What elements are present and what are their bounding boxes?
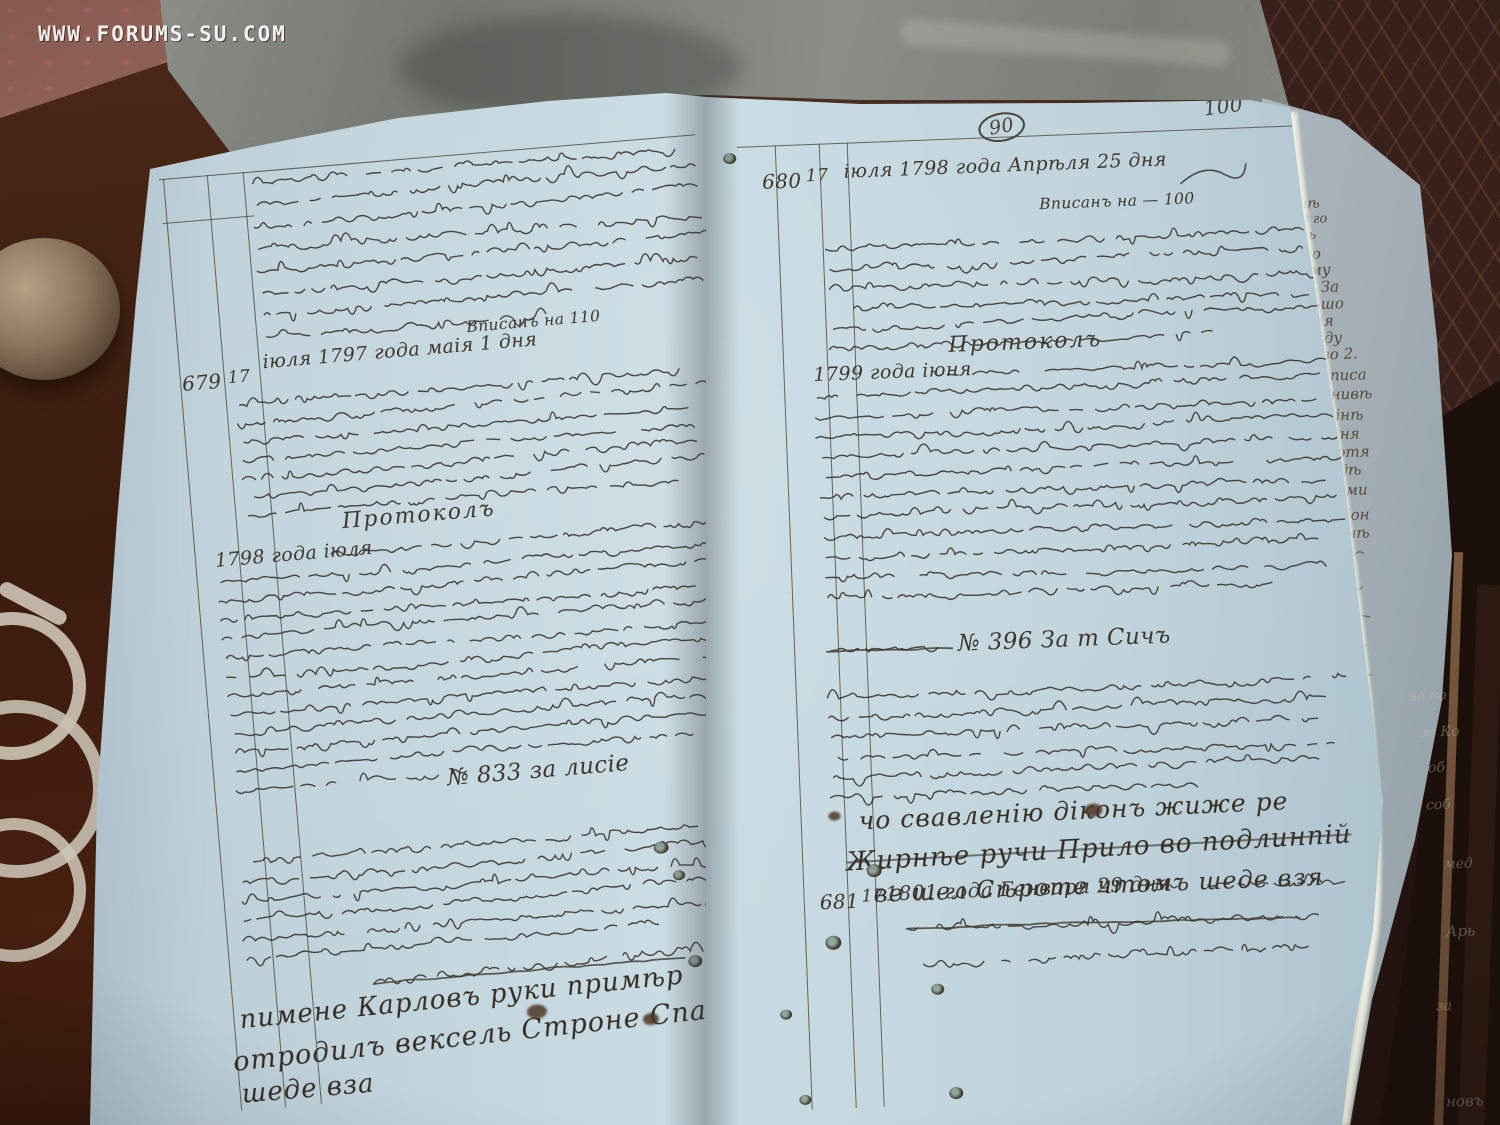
entry-filing-code: 17 [861, 886, 884, 907]
entry-number: 680 [762, 168, 802, 193]
wormhole [780, 1009, 792, 1019]
handwriting-struck-line [902, 904, 1335, 945]
ruled-line-margin [163, 215, 255, 224]
photo-of-manuscript-book: инѣ нд го вѣ и со мму Е За сѣшо нія Еду … [0, 0, 1500, 1125]
wormhole [949, 1087, 963, 1100]
entry-filing-code: 17 [806, 165, 829, 186]
forum-watermark: WWW.FORUMS-SU.COM [38, 22, 287, 46]
handwriting-struck-line [822, 639, 955, 668]
page-number-circled: 90 [976, 109, 1027, 146]
ink-blot [828, 811, 840, 820]
handwriting-paragraph [811, 350, 1352, 615]
ruled-line-top [737, 124, 1329, 148]
ruled-column-line [775, 145, 813, 1109]
wormhole [799, 1095, 811, 1105]
entry-number: 679 [181, 369, 222, 396]
record-reference: № 396 За т Сичъ [957, 623, 1171, 657]
entry-fee-note: Вписанъ на — 100 [1039, 189, 1195, 213]
wormhole [931, 983, 944, 994]
wormhole [825, 935, 842, 950]
handwriting-line [918, 941, 1321, 980]
spine-shadow [664, 95, 740, 1125]
entry-date-line: іюля 1798 года Апрѣля 25 дня [843, 148, 1167, 182]
entry-number: 681 [819, 889, 859, 914]
ink-flourish [1178, 159, 1251, 190]
entry-filing-code: 17 [227, 366, 251, 388]
right-page-content: 90 100 680 17 іюля 1798 года Апрѣля 25 д… [706, 103, 1392, 1124]
